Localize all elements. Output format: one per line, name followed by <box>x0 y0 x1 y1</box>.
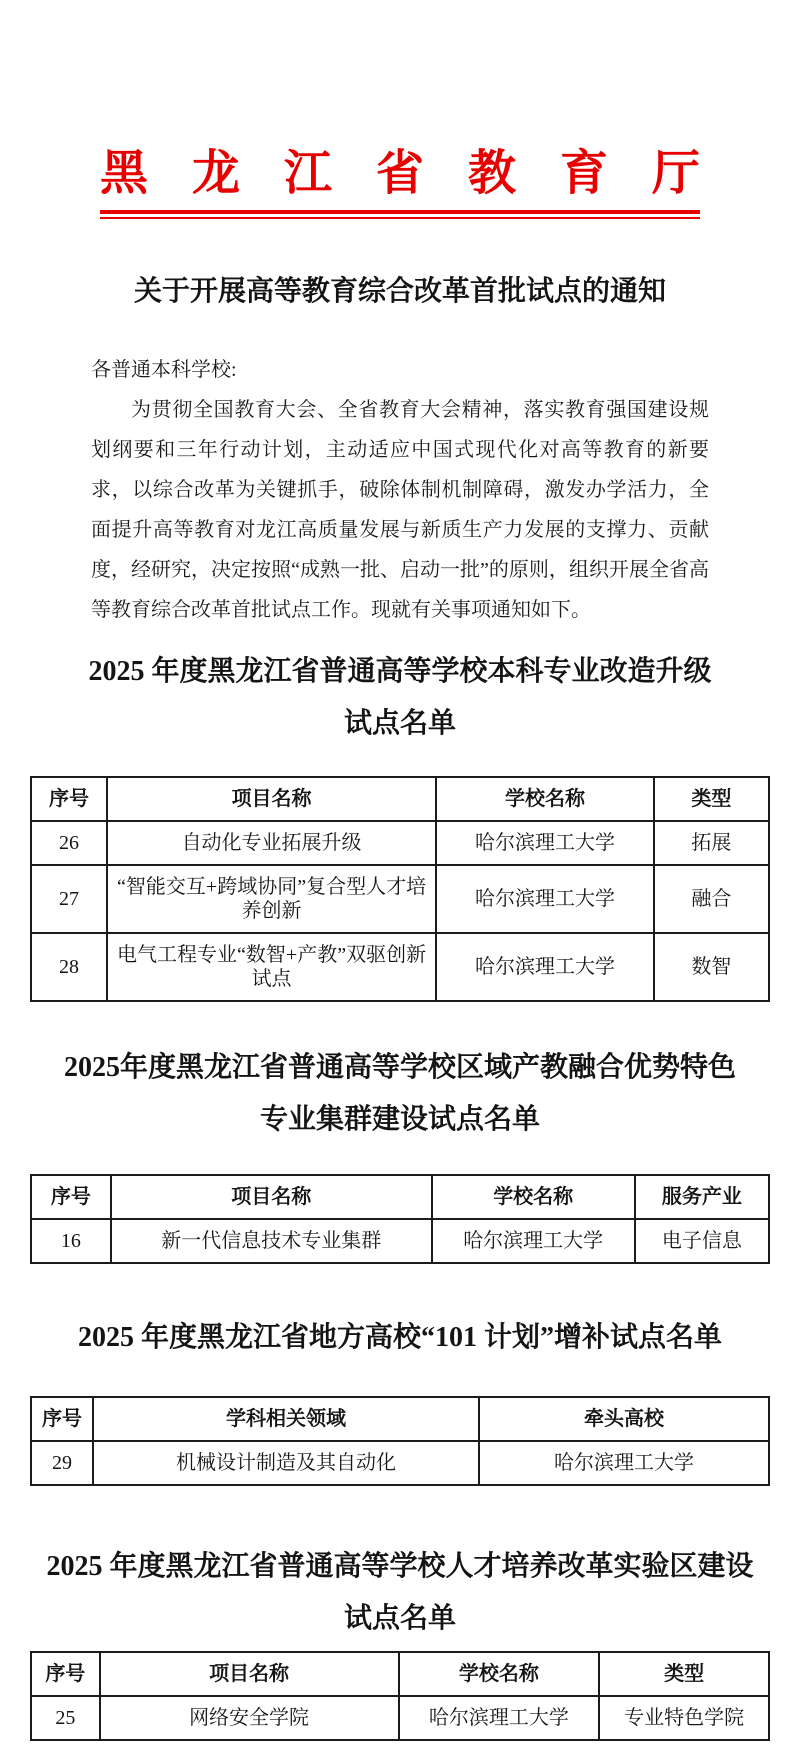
section-heading: 2025年度黑龙江省普通高等学校区域产教融合优势特色专业集群建设试点名单 <box>0 1042 800 1146</box>
table-cell: 融合 <box>654 865 769 933</box>
table-cell: 25 <box>31 1696 100 1740</box>
column-header: 服务产业 <box>635 1175 769 1219</box>
table-cell: 新一代信息技术专业集群 <box>111 1219 432 1263</box>
section-heading-line: 2025 年度黑龙江省地方高校“101 计划”增补试点名单 <box>0 1312 800 1364</box>
letterhead-divider <box>100 210 700 219</box>
column-header: 项目名称 <box>100 1652 399 1696</box>
agency-name: 黑 龙 江 省 教 育 厅 <box>0 146 800 202</box>
table-cell: 数智 <box>654 933 769 1001</box>
table-header-row: 序号学科相关领域牵头高校 <box>31 1397 769 1441</box>
table-cell: 电气工程专业“数智+产教”双驱创新试点 <box>107 933 436 1001</box>
section-heading: 2025 年度黑龙江省普通高等学校本科专业改造升级试点名单 <box>0 646 800 750</box>
column-header: 学校名称 <box>399 1652 600 1696</box>
pilot-table: 序号学科相关领域牵头高校29机械设计制造及其自动化哈尔滨理工大学 <box>30 1396 770 1486</box>
salutation: 各普通本科学校: <box>91 350 709 390</box>
section-heading: 2025 年度黑龙江省地方高校“101 计划”增补试点名单 <box>0 1312 800 1364</box>
pilot-table: 序号项目名称学校名称类型26自动化专业拓展升级哈尔滨理工大学拓展27“智能交互+… <box>30 776 770 1002</box>
letterhead: 黑 龙 江 省 教 育 厅 <box>0 0 800 219</box>
table-header-row: 序号项目名称学校名称类型 <box>31 1652 769 1696</box>
table-cell: 哈尔滨理工大学 <box>432 1219 635 1263</box>
column-header: 项目名称 <box>111 1175 432 1219</box>
table-row: 26自动化专业拓展升级哈尔滨理工大学拓展 <box>31 821 769 865</box>
column-header: 学科相关领域 <box>93 1397 479 1441</box>
table-body: 26自动化专业拓展升级哈尔滨理工大学拓展27“智能交互+跨域协同”复合型人才培养… <box>31 821 769 1001</box>
section-heading: 2025 年度黑龙江省普通高等学校人才培养改革实验区建设试点名单 <box>0 1541 800 1645</box>
table-cell: 机械设计制造及其自动化 <box>93 1441 479 1485</box>
table-body: 25网络安全学院哈尔滨理工大学专业特色学院 <box>31 1696 769 1740</box>
section-heading-line: 试点名单 <box>0 698 800 750</box>
body-paragraph: 为贯彻全国教育大会、全省教育大会精神，落实教育强国建设规划纲要和三年行动计划，主… <box>91 390 709 630</box>
pilot-section-3: 2025 年度黑龙江省地方高校“101 计划”增补试点名单序号学科相关领域牵头高… <box>0 1312 800 1486</box>
table-head: 序号项目名称学校名称服务产业 <box>31 1175 769 1219</box>
table-cell: 28 <box>31 933 107 1001</box>
table-cell: 专业特色学院 <box>599 1696 769 1740</box>
section-heading-line: 专业集群建设试点名单 <box>0 1094 800 1146</box>
column-header: 序号 <box>31 1652 100 1696</box>
table-cell: 网络安全学院 <box>100 1696 399 1740</box>
table-head: 序号学科相关领域牵头高校 <box>31 1397 769 1441</box>
table-row: 25网络安全学院哈尔滨理工大学专业特色学院 <box>31 1696 769 1740</box>
column-header: 学校名称 <box>436 777 654 821</box>
table-head: 序号项目名称学校名称类型 <box>31 777 769 821</box>
table-cell: 29 <box>31 1441 93 1485</box>
column-header: 序号 <box>31 777 107 821</box>
table-body: 29机械设计制造及其自动化哈尔滨理工大学 <box>31 1441 769 1485</box>
section-heading-line: 2025 年度黑龙江省普通高等学校人才培养改革实验区建设 <box>0 1541 800 1593</box>
table-row: 27“智能交互+跨域协同”复合型人才培养创新哈尔滨理工大学融合 <box>31 865 769 933</box>
column-header: 类型 <box>654 777 769 821</box>
table-cell: 自动化专业拓展升级 <box>107 821 436 865</box>
table-header-row: 序号项目名称学校名称类型 <box>31 777 769 821</box>
table-cell: 16 <box>31 1219 111 1263</box>
table-cell: 拓展 <box>654 821 769 865</box>
table-row: 29机械设计制造及其自动化哈尔滨理工大学 <box>31 1441 769 1485</box>
letter-body: 各普通本科学校: 为贯彻全国教育大会、全省教育大会精神，落实教育强国建设规划纲要… <box>91 350 709 630</box>
pilot-section-4: 2025 年度黑龙江省普通高等学校人才培养改革实验区建设试点名单序号项目名称学校… <box>0 1541 800 1741</box>
table-cell: 26 <box>31 821 107 865</box>
table-cell: 哈尔滨理工大学 <box>436 865 654 933</box>
table-cell: 哈尔滨理工大学 <box>436 821 654 865</box>
table-cell: 哈尔滨理工大学 <box>436 933 654 1001</box>
table-cell: “智能交互+跨域协同”复合型人才培养创新 <box>107 865 436 933</box>
table-cell: 哈尔滨理工大学 <box>479 1441 769 1485</box>
pilot-table: 序号项目名称学校名称服务产业16新一代信息技术专业集群哈尔滨理工大学电子信息 <box>30 1174 770 1264</box>
table-cell: 电子信息 <box>635 1219 769 1263</box>
pilot-section-2: 2025年度黑龙江省普通高等学校区域产教融合优势特色专业集群建设试点名单序号项目… <box>0 1042 800 1264</box>
notice-document: 黑 龙 江 省 教 育 厅 关于开展高等教育综合改革首批试点的通知 各普通本科学… <box>0 0 800 1749</box>
table-row: 16新一代信息技术专业集群哈尔滨理工大学电子信息 <box>31 1219 769 1263</box>
notice-title: 关于开展高等教育综合改革首批试点的通知 <box>0 273 800 310</box>
table-cell: 哈尔滨理工大学 <box>399 1696 600 1740</box>
pilot-table: 序号项目名称学校名称类型25网络安全学院哈尔滨理工大学专业特色学院 <box>30 1651 770 1741</box>
column-header: 序号 <box>31 1397 93 1441</box>
table-header-row: 序号项目名称学校名称服务产业 <box>31 1175 769 1219</box>
column-header: 类型 <box>599 1652 769 1696</box>
table-cell: 27 <box>31 865 107 933</box>
section-heading-line: 2025 年度黑龙江省普通高等学校本科专业改造升级 <box>0 646 800 698</box>
table-body: 16新一代信息技术专业集群哈尔滨理工大学电子信息 <box>31 1219 769 1263</box>
section-heading-line: 试点名单 <box>0 1593 800 1645</box>
section-heading-line: 2025年度黑龙江省普通高等学校区域产教融合优势特色 <box>0 1042 800 1094</box>
column-header: 项目名称 <box>107 777 436 821</box>
column-header: 学校名称 <box>432 1175 635 1219</box>
pilot-section-1: 2025 年度黑龙江省普通高等学校本科专业改造升级试点名单序号项目名称学校名称类… <box>0 646 800 1002</box>
column-header: 牵头高校 <box>479 1397 769 1441</box>
table-row: 28电气工程专业“数智+产教”双驱创新试点哈尔滨理工大学数智 <box>31 933 769 1001</box>
table-head: 序号项目名称学校名称类型 <box>31 1652 769 1696</box>
column-header: 序号 <box>31 1175 111 1219</box>
sections: 2025 年度黑龙江省普通高等学校本科专业改造升级试点名单序号项目名称学校名称类… <box>0 646 800 1741</box>
